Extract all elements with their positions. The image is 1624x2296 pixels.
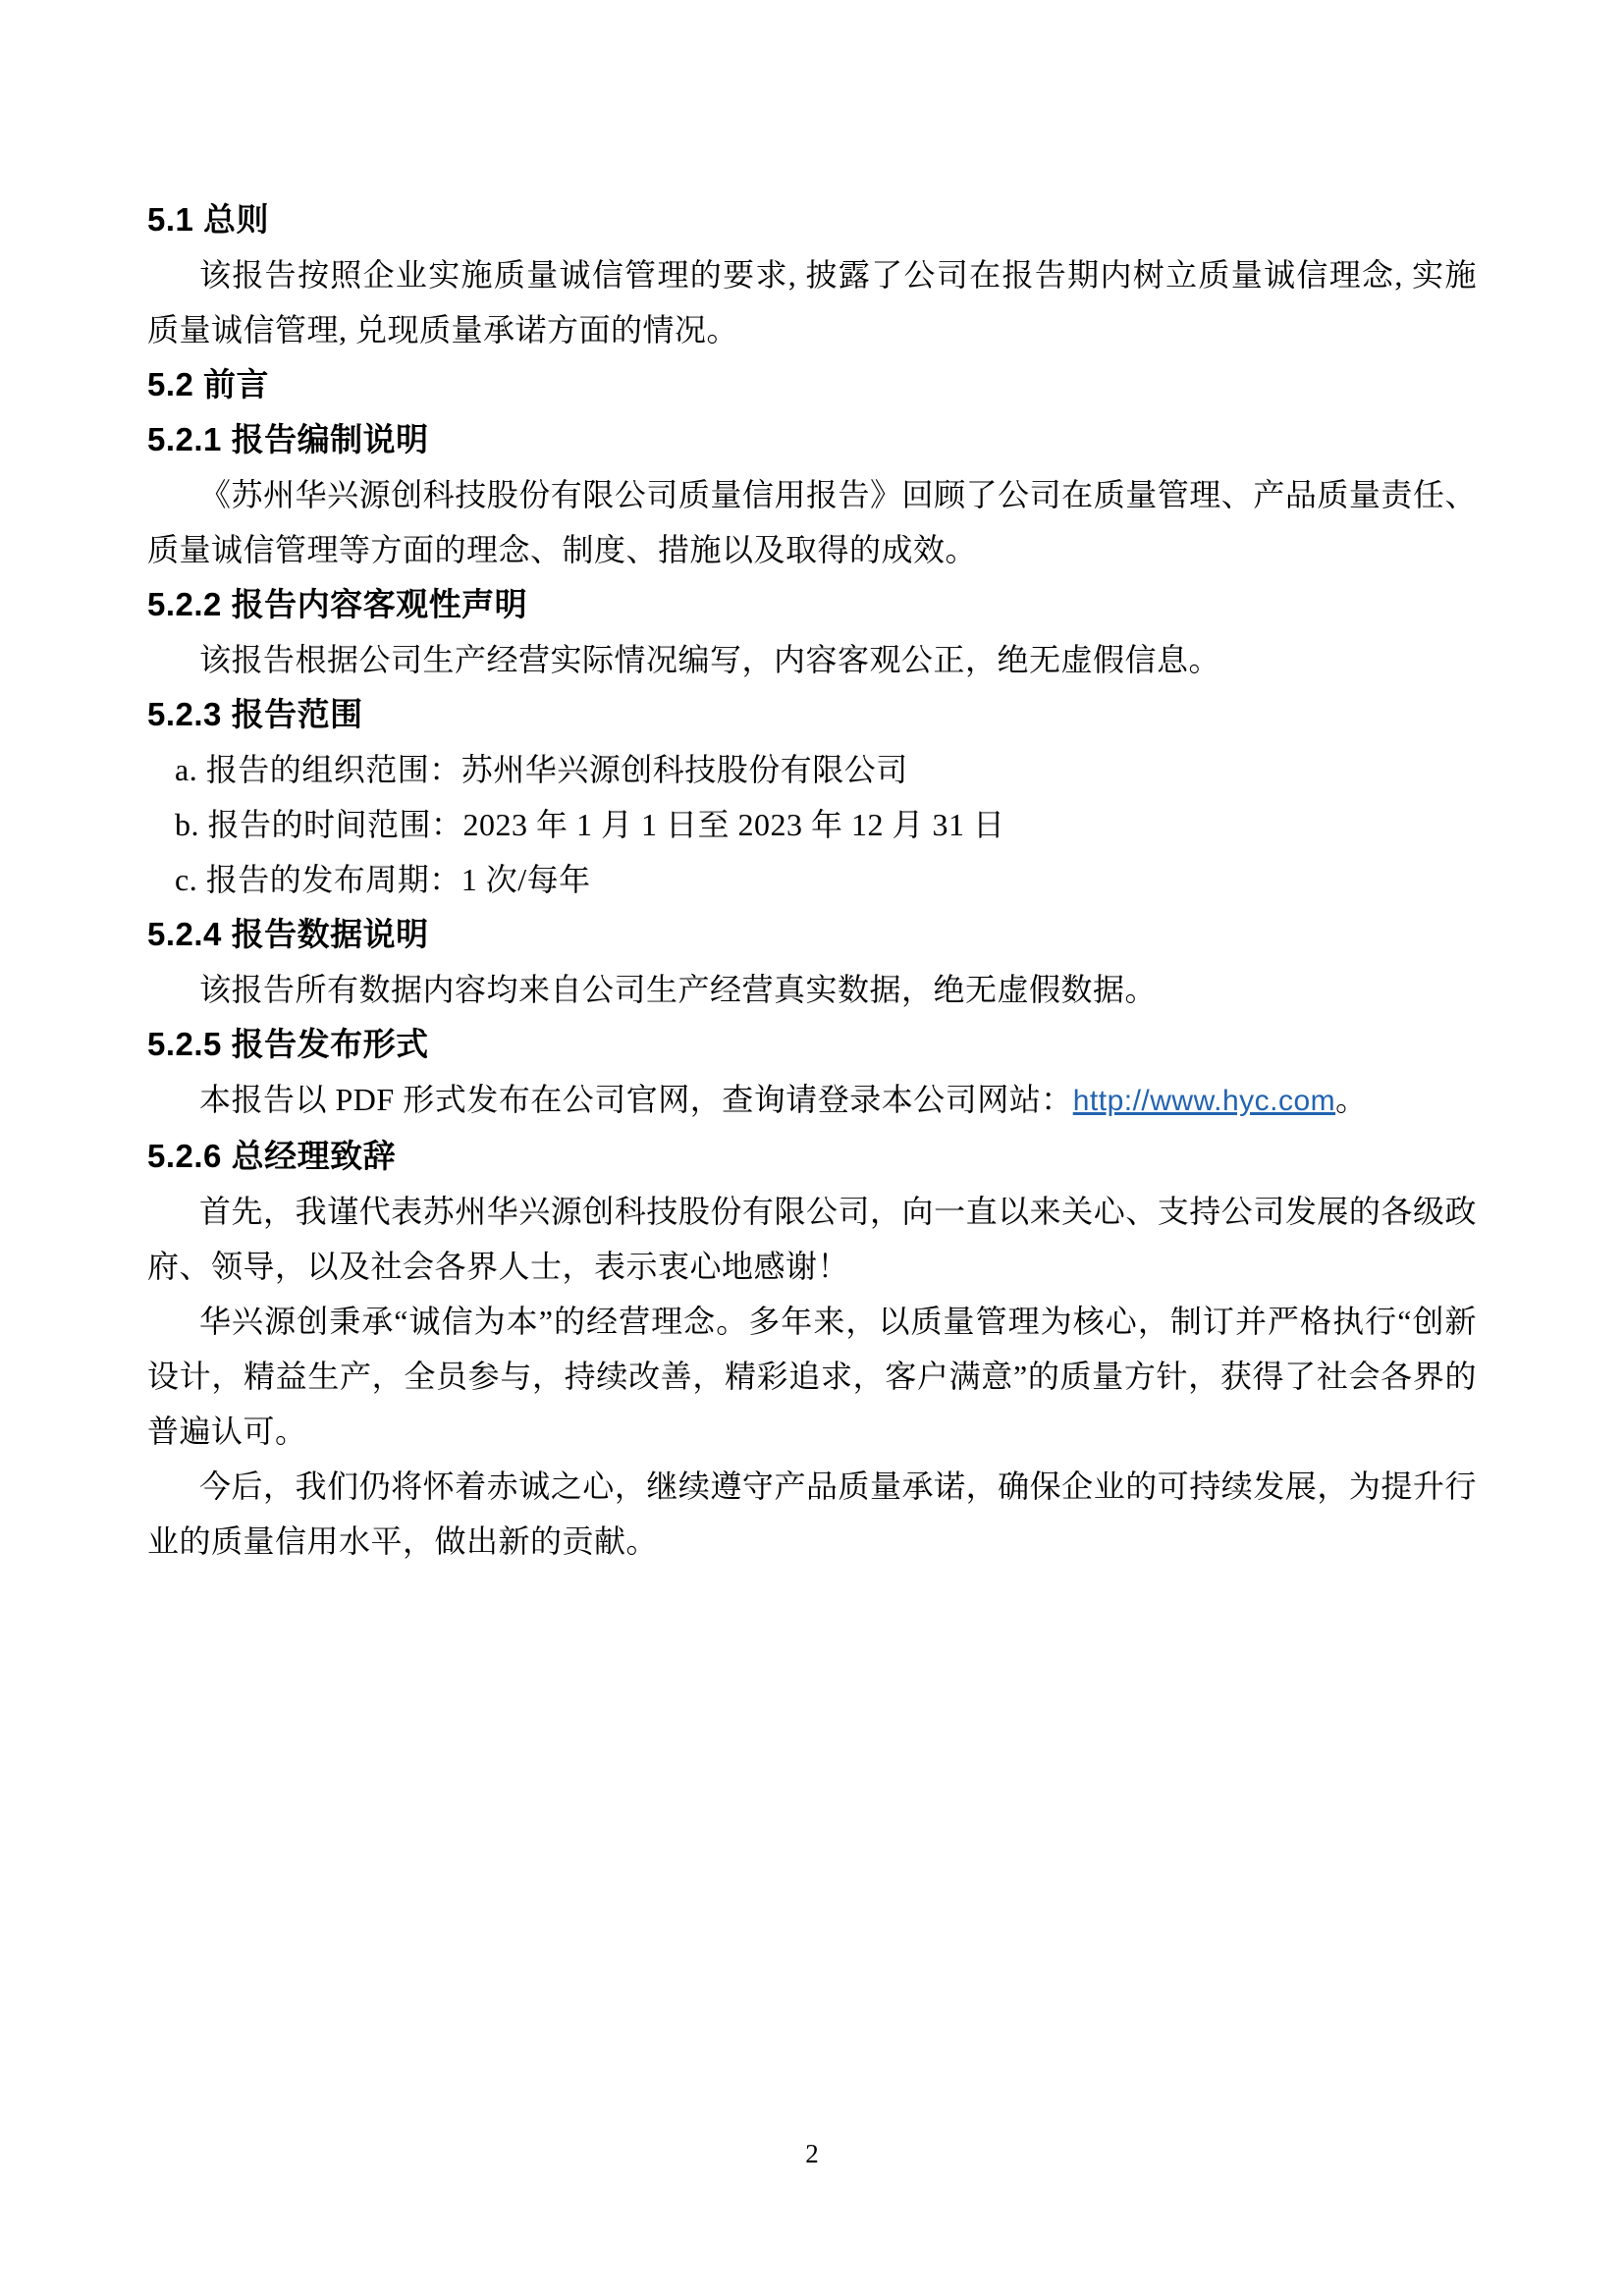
section-heading: 5.1 总则 (147, 192, 1477, 247)
report-scope-item: b. 报告的时间范围：2023 年 1 月 1 日至 2023 年 12 月 3… (147, 797, 1477, 852)
subsection-heading: 5.2.3 报告范围 (147, 687, 1477, 742)
subsection-heading: 5.2.6 总经理致辞 (147, 1129, 1477, 1184)
document-page: 5.1 总则该报告按照企业实施质量诚信管理的要求, 披露了公司在报告期内树立质量… (0, 0, 1624, 2296)
paragraph: 该报告按照企业实施质量诚信管理的要求, 披露了公司在报告期内树立质量诚信理念, … (147, 247, 1477, 357)
paragraph: 本报告以 PDF 形式发布在公司官网，查询请登录本公司网站：http://www… (147, 1072, 1477, 1129)
report-scope-item: a. 报告的组织范围：苏州华兴源创科技股份有限公司 (147, 742, 1477, 797)
section-heading: 5.2 前言 (147, 357, 1477, 412)
paragraph: 华兴源创秉承“诚信为本”的经营理念。多年来，以质量管理为核心，制订并严格执行“创… (147, 1294, 1477, 1459)
report-scope-item: c. 报告的发布周期：1 次/每年 (147, 852, 1477, 907)
paragraph: 该报告根据公司生产经营实际情况编写，内容客观公正，绝无虚假信息。 (147, 632, 1477, 687)
paragraph: 该报告所有数据内容均来自公司生产经营真实数据，绝无虚假数据。 (147, 962, 1477, 1017)
document-content: 5.1 总则该报告按照企业实施质量诚信管理的要求, 披露了公司在报告期内树立质量… (147, 192, 1477, 1569)
paragraph-text: 。 (1335, 1082, 1368, 1117)
subsection-heading: 5.2.2 报告内容客观性声明 (147, 577, 1477, 632)
subsection-heading: 5.2.1 报告编制说明 (147, 412, 1477, 467)
paragraph: 首先，我谨代表苏州华兴源创科技股份有限公司，向一直以来关心、支持公司发展的各级政… (147, 1184, 1477, 1294)
paragraph-text: 本报告以 PDF 形式发布在公司官网，查询请登录本公司网站： (199, 1082, 1073, 1117)
subsection-heading: 5.2.4 报告数据说明 (147, 907, 1477, 962)
subsection-heading: 5.2.5 报告发布形式 (147, 1017, 1477, 1072)
page-number: 2 (0, 2138, 1624, 2169)
website-link[interactable]: http://www.hyc.com (1073, 1085, 1335, 1117)
paragraph: 《苏州华兴源创科技股份有限公司质量信用报告》回顾了公司在质量管理、产品质量责任、… (147, 467, 1477, 577)
paragraph: 今后，我们仍将怀着赤诚之心，继续遵守产品质量承诺，确保企业的可持续发展，为提升行… (147, 1459, 1477, 1569)
